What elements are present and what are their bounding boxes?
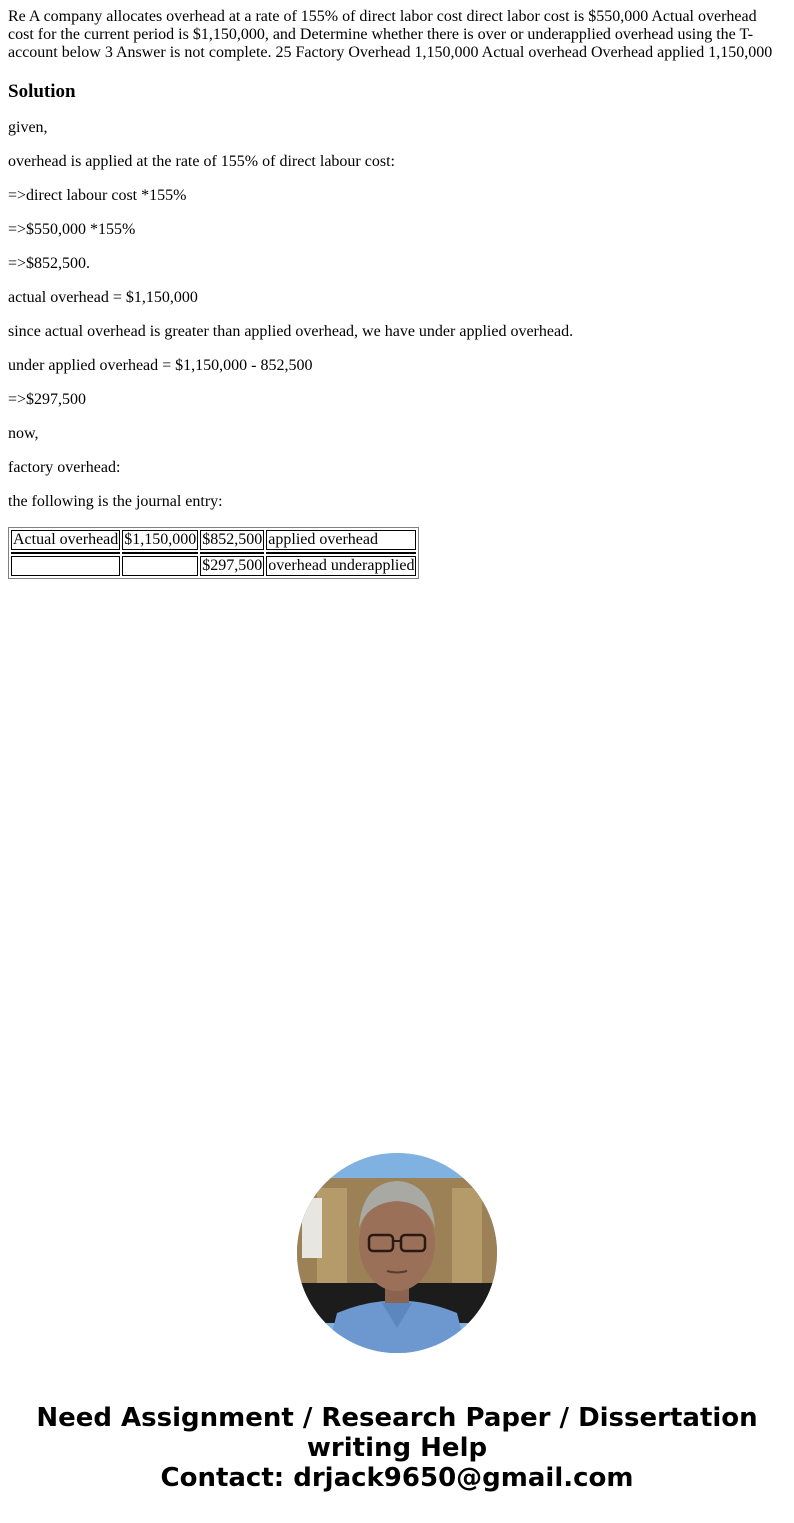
table-cell: overhead underapplied [266, 556, 416, 576]
banner-line: writing Help [0, 1433, 794, 1463]
solution-line: now, [8, 425, 786, 443]
solution-line: under applied overhead = $1,150,000 - 85… [8, 357, 786, 375]
banner-line: Need Assignment / Research Paper / Disse… [0, 1403, 794, 1433]
solution-heading: Solution [8, 81, 786, 103]
contact-banner: Need Assignment / Research Paper / Disse… [0, 1403, 794, 1493]
contact-email: Contact: drjack9650@gmail.com [0, 1463, 794, 1493]
solution-line: since actual overhead is greater than ap… [8, 323, 786, 341]
table-cell: $1,150,000 [122, 530, 198, 550]
question-text: Re A company allocates overhead at a rat… [8, 8, 786, 62]
table-cell [266, 552, 416, 554]
table-cell: Actual overhead [11, 530, 120, 550]
table-row: Actual overhead $1,150,000 $852,500 appl… [11, 530, 416, 550]
page-content: Re A company allocates overhead at a rat… [0, 0, 794, 587]
table-cell: $297,500 [200, 556, 264, 576]
solution-line: actual overhead = $1,150,000 [8, 289, 786, 307]
solution-line: the following is the journal entry: [8, 493, 786, 511]
author-avatar [297, 1153, 497, 1353]
table-cell [122, 552, 198, 554]
table-cell: applied overhead [266, 530, 416, 550]
solution-line: =>$550,000 *155% [8, 221, 786, 239]
table-cell [122, 556, 198, 576]
solution-line: =>direct labour cost *155% [8, 187, 786, 205]
solution-body: given, overhead is applied at the rate o… [8, 119, 786, 511]
table-cell [200, 552, 264, 554]
table-cell [11, 552, 120, 554]
table-row: $297,500 overhead underapplied [11, 556, 416, 576]
table-row-empty [11, 552, 416, 554]
solution-line: overhead is applied at the rate of 155% … [8, 153, 786, 171]
solution-line: factory overhead: [8, 459, 786, 477]
journal-entry-table: Actual overhead $1,150,000 $852,500 appl… [8, 527, 419, 579]
solution-line: given, [8, 119, 786, 137]
table-cell [11, 556, 120, 576]
solution-line: =>$297,500 [8, 391, 786, 409]
person-portrait-icon [297, 1153, 497, 1353]
table-cell: $852,500 [200, 530, 264, 550]
solution-line: =>$852,500. [8, 255, 786, 273]
